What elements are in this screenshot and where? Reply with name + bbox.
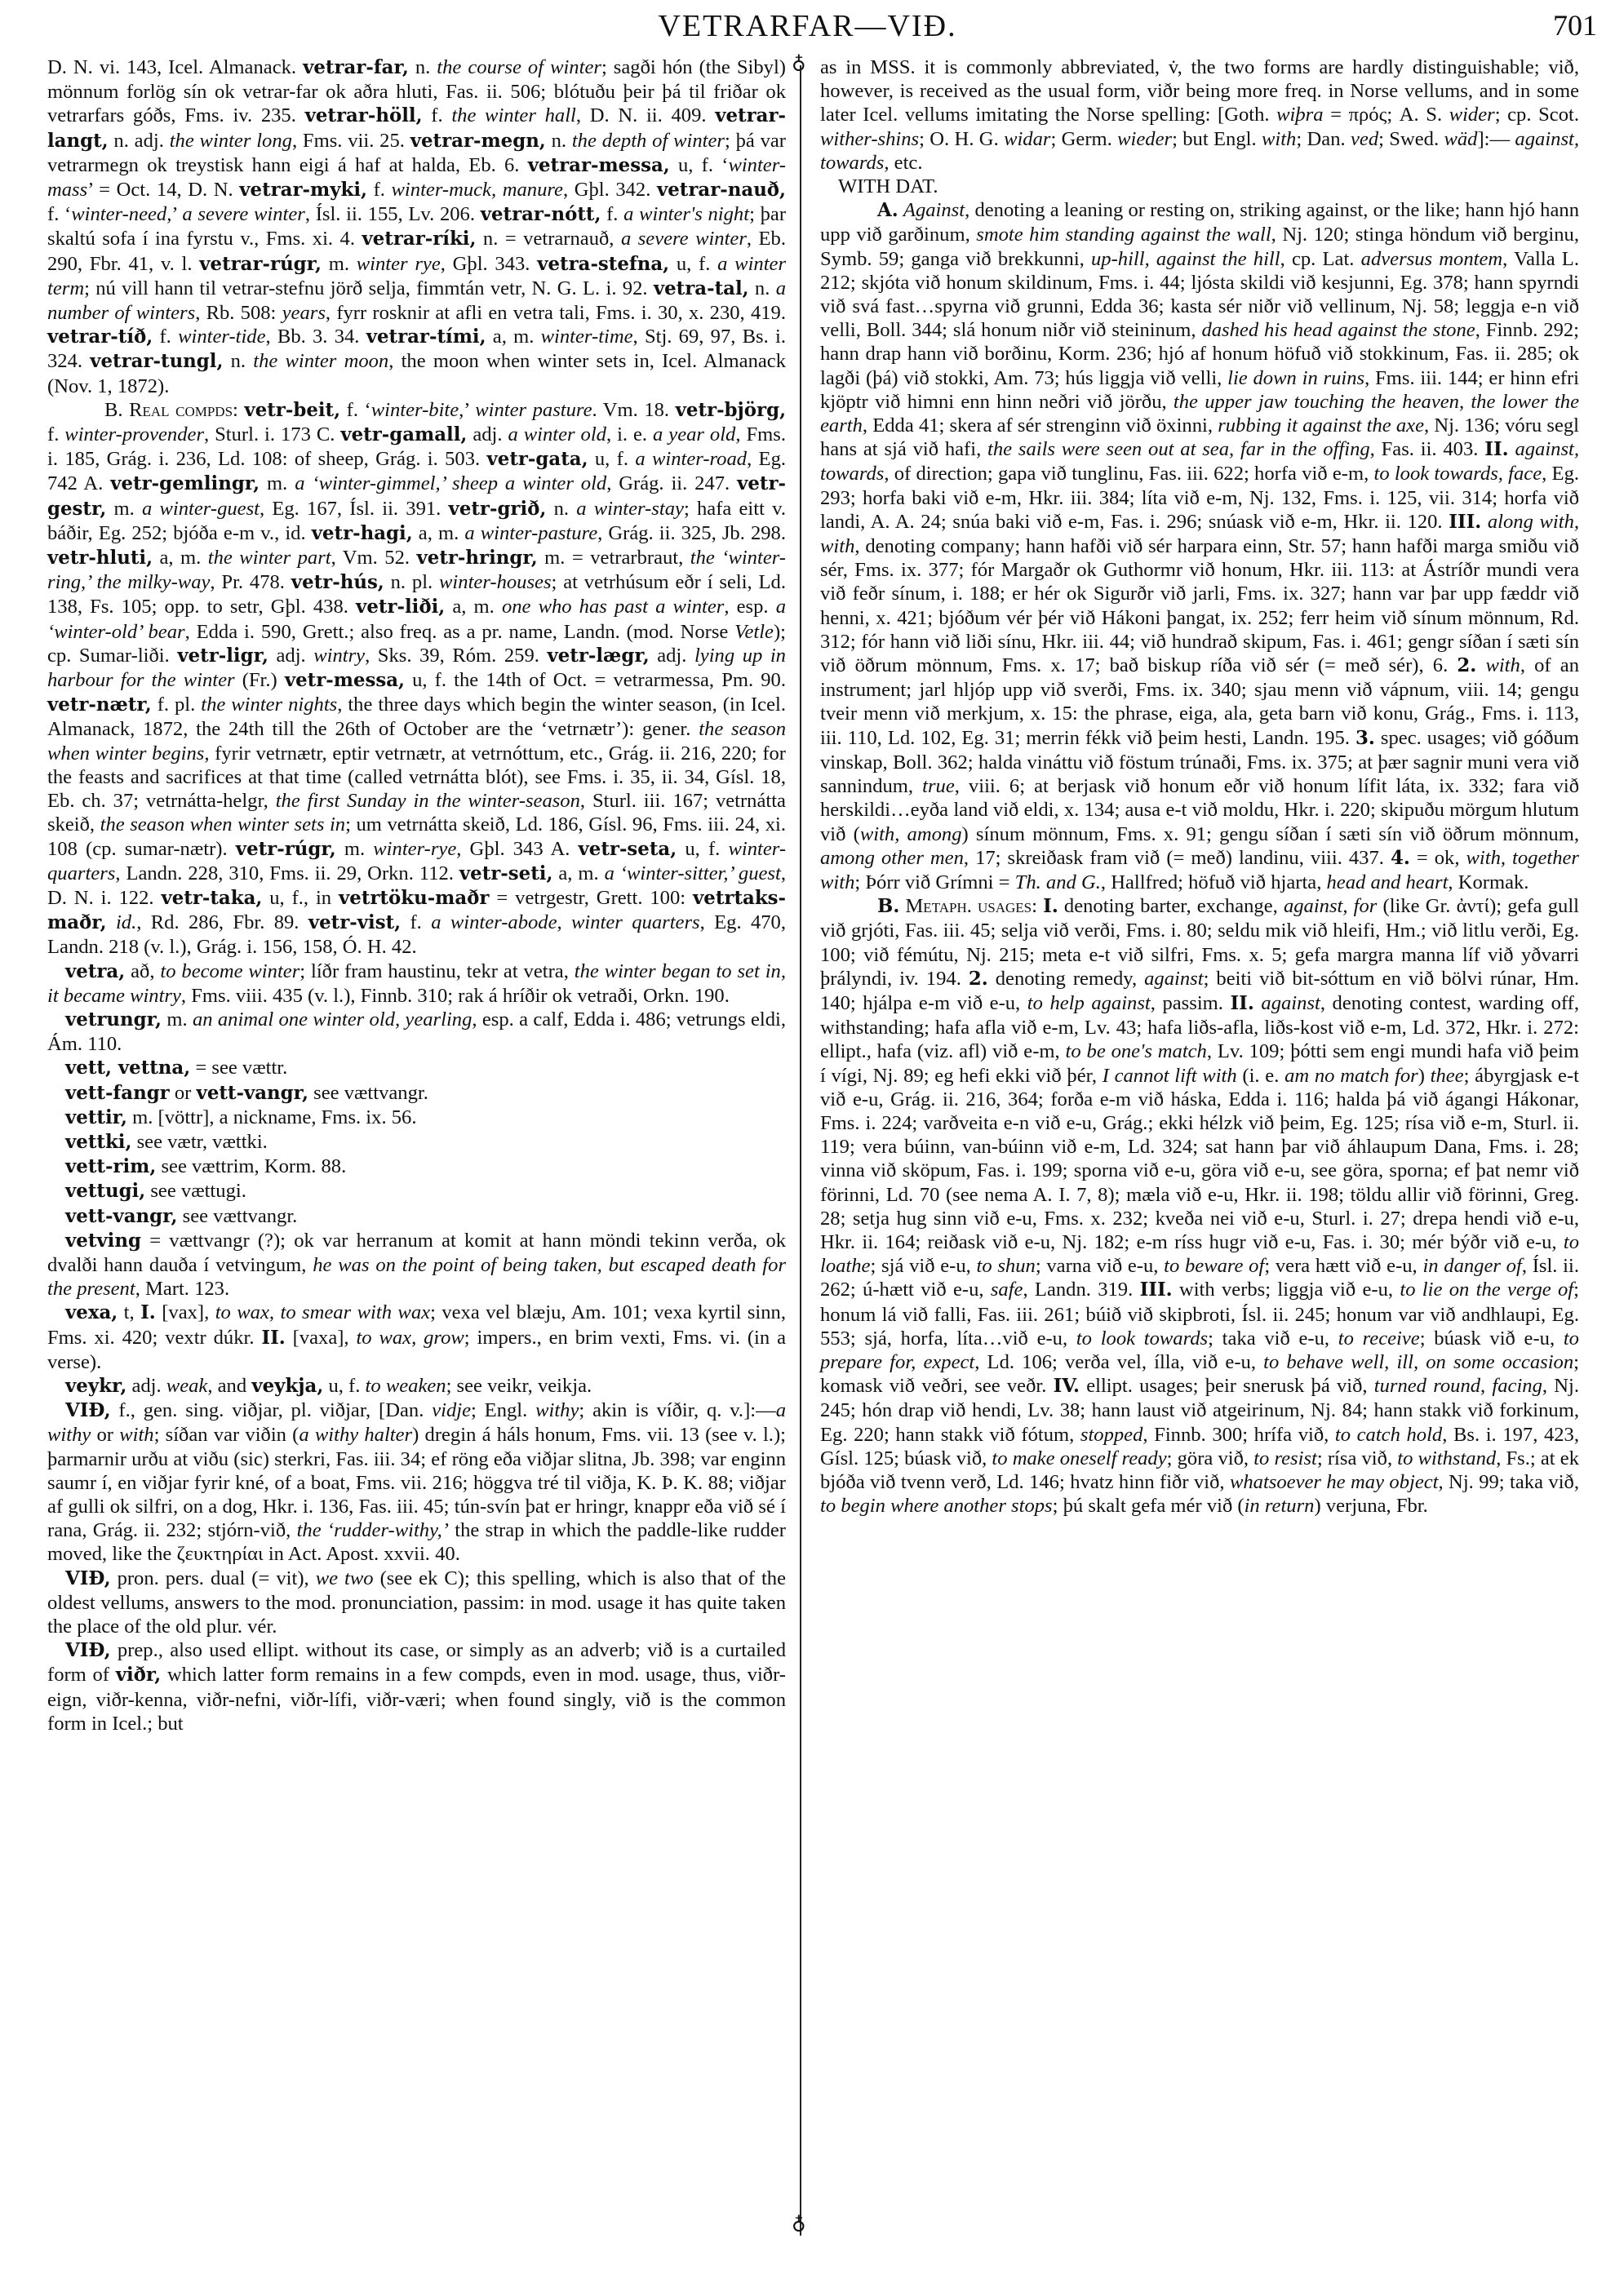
headword: vett, vettna, xyxy=(65,1057,190,1079)
gloss: to help against xyxy=(1027,992,1151,1014)
headword: II. xyxy=(261,1328,285,1349)
gloss: to resist xyxy=(1253,1447,1317,1469)
entry-text: , Landn. 228, 310, Fms. ii. 29, Orkn. 11… xyxy=(115,862,459,884)
entry-text: , Grág. ii. 325, Jb. 298. xyxy=(597,522,786,544)
headword: III. xyxy=(1449,512,1481,533)
gloss: against xyxy=(1144,968,1203,990)
gloss: wider xyxy=(1449,104,1495,126)
headword: vetrar-nótt, xyxy=(481,204,601,225)
gloss: rubbing it against the axe xyxy=(1218,414,1424,437)
entry-text: a, m. xyxy=(413,522,465,544)
entry-text: n. xyxy=(223,350,253,372)
entry-text: , Fas. ii. 403. xyxy=(1370,438,1485,460)
gutter-ornament-top-icon: ♁ xyxy=(792,51,806,74)
gloss: with xyxy=(1262,128,1296,150)
headword: vetr-beit, xyxy=(244,400,340,421)
gloss: a winter's night xyxy=(623,203,749,225)
gloss: lie down in ruins xyxy=(1227,367,1364,389)
entry-text: f. xyxy=(423,104,452,126)
entry-text: = see vættr. xyxy=(190,1057,287,1079)
entry-text: , Vm. 52. xyxy=(331,547,417,569)
entry-text: , Ld. 106; verða vel, ílla, við e-u, xyxy=(974,1351,1263,1373)
entry-text: n. xyxy=(546,130,572,152)
headword: I. xyxy=(140,1302,156,1323)
headword: vetr-vist, xyxy=(308,912,401,933)
dictionary-entry: vexa, t, I. [vax], to wax, to smear with… xyxy=(47,1301,786,1374)
gloss: Vetle xyxy=(734,621,774,643)
headword: I. xyxy=(1043,896,1058,917)
entry-text: denoting barter, exchange, xyxy=(1058,895,1284,917)
entry-text: m. xyxy=(106,498,142,520)
entry-text: ; sjá við e-u, xyxy=(870,1255,976,1277)
headword: vett-rim, xyxy=(65,1156,156,1177)
entry-text: m. xyxy=(162,1008,193,1031)
gloss: the season when winter sets in xyxy=(100,813,346,836)
gloss: a severe winter xyxy=(182,203,304,225)
dictionary-entry: D. N. vi. 143, Icel. Almanack. vetrar-fa… xyxy=(47,55,786,398)
gloss: among other men xyxy=(820,847,964,869)
headword: vetrar-nauð, xyxy=(657,180,786,201)
entry-text: n. xyxy=(749,277,776,299)
entry-text: ; see veikr, veikja. xyxy=(446,1375,592,1397)
page-header: VETRARFAR—VIÐ. 701 xyxy=(0,7,1615,47)
entry-text: , of direction; gapa við tunglinu, Fas. … xyxy=(884,463,1373,485)
headword: vetr-grið, xyxy=(449,499,547,520)
entry-text: , passim. xyxy=(1151,992,1231,1014)
entry-text: n. adj. xyxy=(109,130,170,152)
headword: B. xyxy=(877,896,899,917)
entry-text: : xyxy=(1032,895,1043,917)
gloss: a ‘winter-sitter,’ guest xyxy=(605,862,781,884)
gloss: the depth of winter xyxy=(572,130,725,152)
entry-text: , D. N. ii. 409. xyxy=(576,104,715,126)
entry-text: ) sínum mönnum, Fms. x. 91; gengu síðan … xyxy=(962,823,1579,845)
entry-text: t, xyxy=(118,1301,140,1323)
entry-text: , and xyxy=(207,1375,251,1397)
entry-text: adj. xyxy=(268,645,313,667)
gloss: a withy halter xyxy=(299,1424,412,1446)
entry-text: ; líðr fram haustinu, tekr at vetra, xyxy=(299,960,574,982)
entry-text: ; vera hætt við e-u, xyxy=(1264,1255,1422,1277)
gloss: ved xyxy=(1351,128,1378,150)
headword: vetrar-tíð, xyxy=(47,326,153,348)
dictionary-entry: B. Metaph. usages: I. denoting barter, e… xyxy=(820,894,1579,1518)
entry-text: u, f. xyxy=(677,838,728,860)
entry-text: see vættugi. xyxy=(145,1180,246,1202)
headword: II. xyxy=(1484,439,1508,460)
gloss: am no match for xyxy=(1284,1065,1418,1087)
entry-text: f. xyxy=(601,203,623,225)
gloss: against, for xyxy=(1284,895,1377,917)
entry-text: ; rísa við, xyxy=(1317,1447,1397,1469)
dictionary-entry: as in MSS. it is commonly abbreviated, v… xyxy=(820,55,1579,175)
headword: vetr-ligr, xyxy=(177,645,268,667)
entry-text: see vættvangr. xyxy=(177,1205,297,1227)
gloss: with xyxy=(1485,654,1520,676)
gloss: to make oneself ready xyxy=(992,1447,1166,1469)
gloss: in return xyxy=(1245,1495,1315,1517)
headword: vett-vangr, xyxy=(197,1083,308,1104)
headword: III. xyxy=(1140,1279,1173,1301)
entry-text: D. N. vi. 143, Icel. Almanack. xyxy=(47,56,303,78)
gloss: the ‘rudder-withy,’ xyxy=(297,1519,449,1541)
entry-text: ; taka við e-u, xyxy=(1208,1328,1338,1350)
entry-text: , 17; skreiðask fram við (= með) landinu… xyxy=(964,847,1391,869)
entry-text: m. xyxy=(322,253,357,275)
entry-text: ’ xyxy=(171,203,182,225)
gloss: to be one's match xyxy=(1066,1040,1207,1062)
entry-text: ; búask við e-u, xyxy=(1420,1328,1564,1350)
page-number: 701 xyxy=(1553,8,1597,42)
entry-text: n. = vetrarnauð, xyxy=(476,228,621,250)
headword: vetr-seti, xyxy=(459,863,553,884)
gloss: winter-muck, manure xyxy=(392,179,563,201)
gloss: an animal one winter old, yearling xyxy=(193,1008,472,1031)
gloss: one who has past a winter xyxy=(502,596,724,618)
entry-text: u, f. ‘ xyxy=(670,154,729,176)
gloss: a winter old xyxy=(508,423,606,445)
entry-text: (i. e. xyxy=(1237,1065,1284,1087)
right-column: as in MSS. it is commonly abbreviated, v… xyxy=(820,55,1579,1518)
gloss: winter-tide xyxy=(178,326,265,348)
entry-text: , Hallfred; höfuð við hjarta, xyxy=(1101,871,1327,893)
dictionary-entry: VIÐ, pron. pers. dual (= vit), we two (s… xyxy=(47,1567,786,1639)
headword: 2. xyxy=(969,968,988,990)
headword: vetrar-ríki, xyxy=(362,228,476,250)
entry-text: u, f. the 14th of Oct. = vetrarmessa, Pm… xyxy=(405,669,786,691)
entry-text: ; ábyrgjask e-t við e-u, Grág. ii. 216, … xyxy=(820,1065,1579,1253)
entry-text: = vetrgestr, Grett. 100: xyxy=(489,887,693,909)
entry-text: , fyrr rosknir at afli en vetra tali, Fm… xyxy=(326,302,786,324)
gloss: whatsoever he may object xyxy=(1230,1471,1439,1493)
headword: vetr-björg, xyxy=(676,400,786,421)
gloss: to shun xyxy=(977,1255,1036,1277)
gloss: a winter-guest xyxy=(142,498,260,520)
gloss: the sails were seen out at sea, far in t… xyxy=(987,438,1370,460)
entry-text: , Gþl. 342. xyxy=(563,179,657,201)
entry-text: = πρός; A. S. xyxy=(1324,104,1449,126)
entry-text: u, f. xyxy=(669,253,717,275)
gloss: the winter part xyxy=(208,547,331,569)
gloss: to become winter xyxy=(160,960,299,982)
entry-text: ; Swed. xyxy=(1378,128,1444,150)
headword: vetr-nætr, xyxy=(47,694,152,716)
entry-text: , Fms. vii. 25. xyxy=(292,130,410,152)
entry-text: . Vm. 18. xyxy=(592,399,676,421)
entry-text: with verbs; liggja við e-u, xyxy=(1173,1279,1400,1301)
gloss: to lie on the verge of xyxy=(1400,1279,1573,1301)
headword: vetr-taka, xyxy=(161,888,262,909)
entry-text: f. xyxy=(153,326,178,348)
headword: vett-vangr, xyxy=(65,1206,177,1227)
gloss: wither-shins xyxy=(820,128,919,150)
headword: vetr-gemlingr, xyxy=(110,473,260,494)
entry-text: ) verjuna, Fbr. xyxy=(1314,1495,1427,1517)
gloss: winter rye xyxy=(357,253,441,275)
gloss: the course of winter xyxy=(437,56,601,78)
gloss: against xyxy=(1261,992,1320,1014)
headword: vetr-gata, xyxy=(487,449,588,470)
entry-text: ; Engl. xyxy=(471,1399,535,1421)
entry-text xyxy=(1476,654,1485,676)
gloss: winter-rye xyxy=(373,838,456,860)
gloss: with xyxy=(119,1424,153,1446)
gloss: weak xyxy=(166,1375,208,1397)
entry-text: , Landn. 319. xyxy=(1023,1279,1139,1301)
headword: II. xyxy=(1230,993,1253,1014)
gloss: a winter-abode, winter quarters xyxy=(431,911,699,933)
headword: vetrar-tungl, xyxy=(90,351,223,372)
entry-text: , Sks. 39, Róm. 259. xyxy=(365,645,547,667)
entry-text: , Fms. viii. 435 (v. l.), Finnb. 310; ra… xyxy=(181,985,730,1007)
headword: VIÐ, xyxy=(65,1568,111,1589)
entry-text: a, m. xyxy=(486,326,541,348)
headword: vetrar-far, xyxy=(303,57,409,78)
gloss: smote him standing against the wall xyxy=(976,224,1271,246)
entry-text: n. xyxy=(409,56,437,78)
entry-text: f. pl. xyxy=(152,694,202,716)
headword: vetr-messa, xyxy=(285,670,405,691)
gloss: to behave well, ill, on some occasion xyxy=(1263,1351,1573,1373)
entry-text: denoting remedy, xyxy=(988,968,1144,990)
gloss: wintry xyxy=(313,645,365,667)
headword: vetr-hagi, xyxy=(312,523,413,544)
gloss: adversus montem xyxy=(1361,248,1503,270)
entry-text: a, m. xyxy=(552,862,604,884)
gloss: wiþra xyxy=(1276,104,1323,126)
entry-text: f. xyxy=(367,179,392,201)
headword: vetving xyxy=(65,1230,141,1252)
gloss: a winter-road xyxy=(635,448,747,470)
headword: vetr-hluti, xyxy=(47,547,153,569)
headword: vetrar-messa, xyxy=(528,155,670,176)
entry-text: f. ‘ xyxy=(340,399,371,421)
gloss: to wax, grow xyxy=(356,1327,464,1349)
dictionary-entry: vetra, að, to become winter; líðr fram h… xyxy=(47,960,786,1008)
dictionary-entry: veykr, adj. weak, and veykja, u, f. to w… xyxy=(47,1374,786,1398)
headword: vetra-stefna, xyxy=(537,254,669,275)
gloss: the winter long xyxy=(170,130,292,152)
entry-text: see vættrim, Korm. 88. xyxy=(156,1155,346,1177)
gloss: to catch hold xyxy=(1335,1424,1442,1446)
entry-text: ; akin is víðir, q. v.]:— xyxy=(579,1399,775,1421)
headword: vetrar-höll, xyxy=(305,105,423,126)
entry-text: , Grág. ii. 247. xyxy=(606,472,737,494)
entry-text: , Rd. 286, Fbr. 89. xyxy=(136,911,308,933)
gutter-ornament-bottom-icon: ♁ xyxy=(792,2211,806,2235)
gloss: a year old xyxy=(653,423,735,445)
entry-text: , Rb. 508: xyxy=(195,302,282,324)
headword: vetr-rúgr, xyxy=(236,839,336,860)
entry-text: , Sturl. i. 173 C. xyxy=(204,423,340,445)
gloss: to receive xyxy=(1338,1328,1420,1350)
entry-text: , Eg. 167, Ísl. ii. 391. xyxy=(260,498,449,520)
dictionary-entry: A. Against, denoting a leaning or restin… xyxy=(820,198,1579,894)
entry-text: , Gþl. 343 A. xyxy=(456,838,578,860)
entry-text: a, m. xyxy=(153,547,208,569)
entry-text: , esp. xyxy=(724,596,775,618)
gloss: dashed his head against the stone xyxy=(1201,319,1475,341)
gloss: winter-houses xyxy=(439,571,552,593)
gloss: winter-bite, xyxy=(371,399,464,421)
entry-text: = ok, xyxy=(1410,847,1466,869)
gloss: to withstand xyxy=(1397,1447,1496,1469)
headword: vetra-tal, xyxy=(654,278,749,299)
entry-text: ; varna við e-u, xyxy=(1036,1255,1164,1277)
entry-text: ’ xyxy=(464,399,475,421)
dictionary-entry: vettugi, see vættugi. xyxy=(47,1179,786,1203)
entry-text: ; síðan var viðin ( xyxy=(154,1424,299,1446)
gloss: to look towards xyxy=(1076,1328,1208,1350)
entry-text: , etc. xyxy=(884,152,922,174)
headword: vettugi, xyxy=(65,1181,145,1202)
headword: vetra, xyxy=(65,961,125,982)
dictionary-entry: vett-rim, see vættrim, Korm. 88. xyxy=(47,1155,786,1179)
dictionary-entry: VIÐ, prep., also used ellipt. without it… xyxy=(47,1638,786,1735)
entry-text: u, f. xyxy=(323,1375,365,1397)
entry-text: ; O. H. G. xyxy=(919,128,1004,150)
entry-text: f. xyxy=(401,911,431,933)
gloss: the winter hall xyxy=(451,104,576,126)
headword: vetrar-myki, xyxy=(239,180,367,201)
running-head: VETRARFAR—VIÐ. xyxy=(0,8,1615,44)
gloss: a severe winter xyxy=(621,228,747,250)
entry-text: m. xyxy=(336,838,374,860)
headword: vexa, xyxy=(65,1302,118,1323)
headword: vetr-gamall, xyxy=(340,424,467,445)
headword: vettki, xyxy=(65,1132,131,1153)
gloss: a ‘winter-gimmel,’ sheep a winter old xyxy=(295,472,606,494)
entry-text: , Edda 41; skera af sér strenginn við öx… xyxy=(863,414,1218,437)
entry-text: WITH DAT. xyxy=(838,175,938,197)
headword: VIÐ, xyxy=(65,1640,111,1661)
entry-text: að, xyxy=(125,960,160,982)
entry-text: , Kormak. xyxy=(1448,871,1528,893)
entry-text: see vætr, vættki. xyxy=(131,1131,267,1153)
headword: 3. xyxy=(1355,728,1375,749)
entry-text: : xyxy=(233,399,244,421)
gloss: id. xyxy=(116,911,136,933)
entry-text: pron. pers. dual (= vit), xyxy=(111,1567,316,1589)
headword: vetr-liði, xyxy=(356,596,445,618)
column-divider xyxy=(800,65,801,2236)
entry-text: , Bb. 3. 34. xyxy=(266,326,366,348)
gloss: to weaken xyxy=(366,1375,446,1397)
dictionary-entry: vetving = vættvangr (?); ok var herranum… xyxy=(47,1229,786,1301)
entry-text: or xyxy=(170,1082,197,1104)
entry-text: (Fr.) xyxy=(235,669,285,691)
headword: vetr-hringr, xyxy=(417,547,538,569)
gloss: winter-provender xyxy=(64,423,204,445)
entry-text: Metaph. usages xyxy=(905,895,1032,917)
entry-text: ]:— xyxy=(1477,128,1515,150)
entry-text: n. pl. xyxy=(384,571,439,593)
headword: viðr, xyxy=(116,1664,162,1686)
entry-text: [vaxa], xyxy=(286,1327,357,1349)
headword: VIÐ, xyxy=(65,1400,111,1421)
dictionary-entry: VIÐ, f., gen. sing. viðjar, pl. viðjar, … xyxy=(47,1398,786,1566)
gloss: to wax, to smear with wax xyxy=(215,1301,430,1323)
entry-text: see vættvangr. xyxy=(308,1082,428,1104)
entry-text: f., gen. sing. viðjar, pl. viðjar, [Dan. xyxy=(111,1399,433,1421)
gloss: widar xyxy=(1004,128,1050,150)
headword: vetr-hús, xyxy=(291,572,384,593)
entry-text: , Ísl. ii. 155, Lv. 206. xyxy=(305,203,481,225)
headword: IV. xyxy=(1054,1376,1080,1397)
entry-text: a, m. xyxy=(445,596,502,618)
entry-text: , Finnb. 300; hrífa við, xyxy=(1142,1424,1334,1446)
entry-text: f. ‘ xyxy=(47,203,71,225)
headword: vetrar-megn, xyxy=(410,131,546,152)
headword: 4. xyxy=(1391,848,1410,869)
gloss: with, among xyxy=(860,823,962,845)
headword: vetrar-tími, xyxy=(366,326,486,348)
gloss: thee xyxy=(1431,1065,1464,1087)
headword: vetr-lægr, xyxy=(547,645,649,667)
headword: veykr, xyxy=(65,1376,126,1397)
gloss: winter pasture xyxy=(475,399,592,421)
dictionary-entry: vett-vangr, see vættvangr. xyxy=(47,1204,786,1229)
entry-text: ; göra við, xyxy=(1167,1447,1254,1469)
entry-text: n. xyxy=(546,498,576,520)
gloss: winter-time xyxy=(541,326,633,348)
entry-text: m. [vöttr], a nickname, Fms. ix. 56. xyxy=(127,1106,417,1128)
entry-text xyxy=(1481,511,1488,533)
gloss: to beware of xyxy=(1164,1255,1264,1277)
entry-text: B. xyxy=(104,399,129,421)
entry-text: or xyxy=(91,1424,119,1446)
gloss: to look towards, face xyxy=(1373,463,1542,485)
dictionary-entry: B. Real compds: vetr-beit, f. ‘winter-bi… xyxy=(47,398,786,960)
entry-text: f. xyxy=(47,423,64,445)
gloss: safe xyxy=(991,1279,1023,1301)
entry-text: adj. xyxy=(650,645,694,667)
entry-text: adj. xyxy=(126,1375,166,1397)
dictionary-entry: vettir, m. [vöttr], a nickname, Fms. ix.… xyxy=(47,1106,786,1130)
entry-text: , Mart. 123. xyxy=(135,1278,229,1300)
gloss: the first Sunday in the winter-season xyxy=(276,790,580,812)
gloss: the winter nights xyxy=(201,694,337,716)
gloss: turned round, facing xyxy=(1374,1375,1542,1397)
left-column: D. N. vi. 143, Icel. Almanack. vetrar-fa… xyxy=(47,55,786,1735)
entry-text: u, f. xyxy=(588,448,636,470)
gloss: Th. and G. xyxy=(1015,871,1101,893)
dictionary-entry: vetrungr, m. an animal one winter old, y… xyxy=(47,1008,786,1056)
gloss: wäd xyxy=(1444,128,1477,150)
headword: 2. xyxy=(1457,655,1476,676)
entry-text: adj. xyxy=(467,423,508,445)
entry-text: ; Dan. xyxy=(1296,128,1351,150)
gloss: withy xyxy=(535,1399,579,1421)
gloss: years xyxy=(282,302,326,324)
gloss: up-hill, against the hill xyxy=(1091,248,1280,270)
gloss: a winter-pasture xyxy=(464,522,597,544)
headword: vetr-seta, xyxy=(579,839,677,860)
entry-text: ; but Engl. xyxy=(1172,128,1262,150)
entry-text: , i. e. xyxy=(606,423,653,445)
entry-text: ellipt. usages; þeir snerusk þá við, xyxy=(1080,1375,1374,1397)
gloss: vidje xyxy=(432,1399,471,1421)
entry-text: , Pr. 478. xyxy=(210,571,291,593)
headword: vetrar-rúgr, xyxy=(199,254,322,275)
headword: vetrungr, xyxy=(65,1009,162,1031)
entry-text: ; cp. Scot. xyxy=(1495,104,1579,126)
gloss: stopped xyxy=(1080,1424,1143,1446)
entry-text: [vax], xyxy=(156,1301,215,1323)
gloss: in danger of xyxy=(1422,1255,1521,1277)
entry-text xyxy=(107,911,116,933)
entry-text: , Gþl. 343. xyxy=(441,253,537,275)
